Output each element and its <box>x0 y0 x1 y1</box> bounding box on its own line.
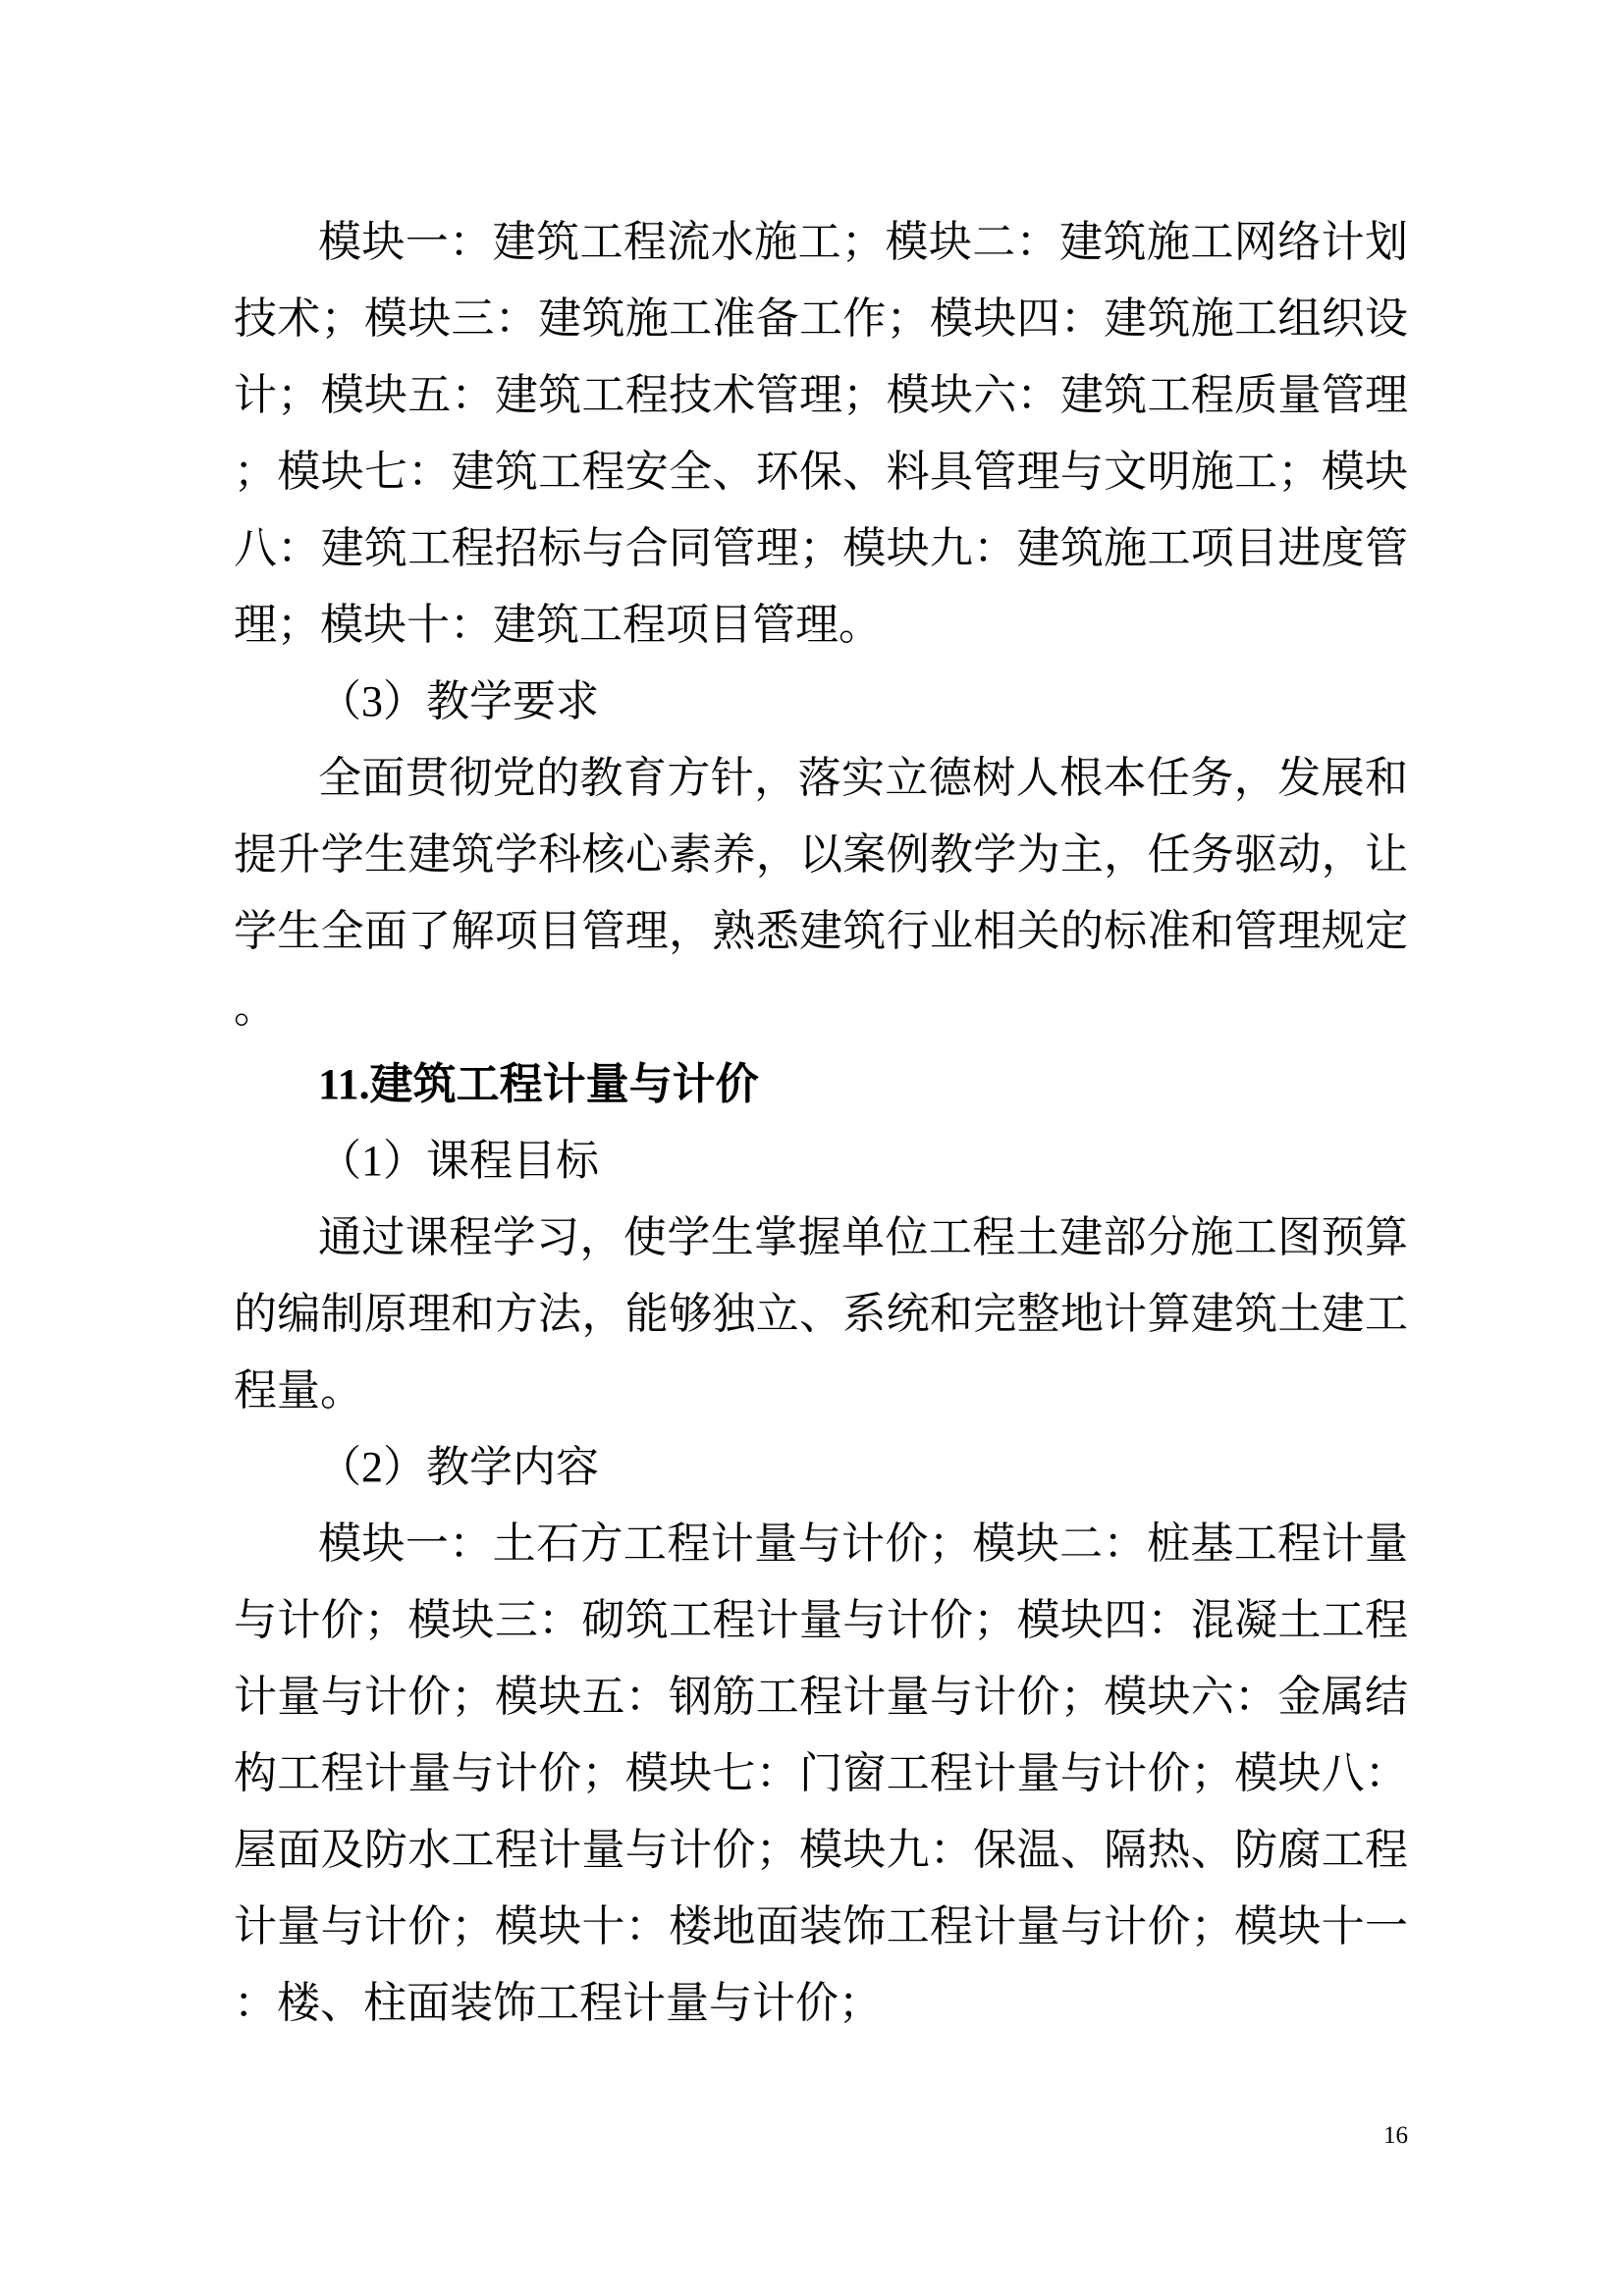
text-line: 学生全面了解项目管理，熟悉建筑行业相关的标准和管理规定 <box>234 893 1408 970</box>
subsection-heading: （2）教学内容 <box>234 1429 1408 1506</box>
text-line: 八：建筑工程招标与合同管理；模块九：建筑施工项目进度管 <box>234 510 1408 587</box>
subsection-heading: （1）课程目标 <box>234 1123 1408 1200</box>
text-line: 提升学生建筑学科核心素养，以案例教学为主，任务驱动，让 <box>234 817 1408 893</box>
text-line: 模块一：土石方工程计量与计价；模块二：桩基工程计量 <box>234 1506 1408 1582</box>
text-line: 。 <box>234 970 1408 1046</box>
text-line: 全面贯彻党的教育方针，落实立德树人根本任务，发展和 <box>234 740 1408 817</box>
text-line: 计量与计价；模块十：楼地面装饰工程计量与计价；模块十一 <box>234 1889 1408 1965</box>
document-page: 模块一：建筑工程流水施工；模块二：建筑施工网络计划技术；模块三：建筑施工准备工作… <box>0 0 1624 2296</box>
text-line: 理；模块十：建筑工程项目管理。 <box>234 587 1408 664</box>
text-line: 通过课程学习，使学生掌握单位工程土建部分施工图预算 <box>234 1200 1408 1276</box>
text-line: 计量与计价；模块五：钢筋工程计量与计价；模块六：金属结 <box>234 1659 1408 1735</box>
text-line: 屋面及防水工程计量与计价；模块九：保温、隔热、防腐工程 <box>234 1812 1408 1889</box>
section-heading: 11.建筑工程计量与计价 <box>234 1046 1408 1123</box>
text-line: 与计价；模块三：砌筑工程计量与计价；模块四：混凝土工程 <box>234 1582 1408 1659</box>
document-body: 模块一：建筑工程流水施工；模块二：建筑施工网络计划技术；模块三：建筑施工准备工作… <box>234 204 1408 2042</box>
subsection-heading: （3）教学要求 <box>234 664 1408 740</box>
text-line: 技术；模块三：建筑施工准备工作；模块四：建筑施工组织设 <box>234 281 1408 357</box>
text-line: 模块一：建筑工程流水施工；模块二：建筑施工网络计划 <box>234 204 1408 281</box>
text-line: 的编制原理和方法，能够独立、系统和完整地计算建筑土建工 <box>234 1276 1408 1353</box>
text-line: 构工程计量与计价；模块七：门窗工程计量与计价；模块八： <box>234 1735 1408 1812</box>
text-line: 程量。 <box>234 1353 1408 1429</box>
text-line: 计；模块五：建筑工程技术管理；模块六：建筑工程质量管理 <box>234 357 1408 434</box>
page-number: 16 <box>1383 2122 1408 2149</box>
text-line: ：楼、柱面装饰工程计量与计价； <box>234 1965 1408 2042</box>
page-footer: 16 <box>234 2120 1408 2152</box>
text-line: ；模块七：建筑工程安全、环保、料具管理与文明施工；模块 <box>234 434 1408 510</box>
